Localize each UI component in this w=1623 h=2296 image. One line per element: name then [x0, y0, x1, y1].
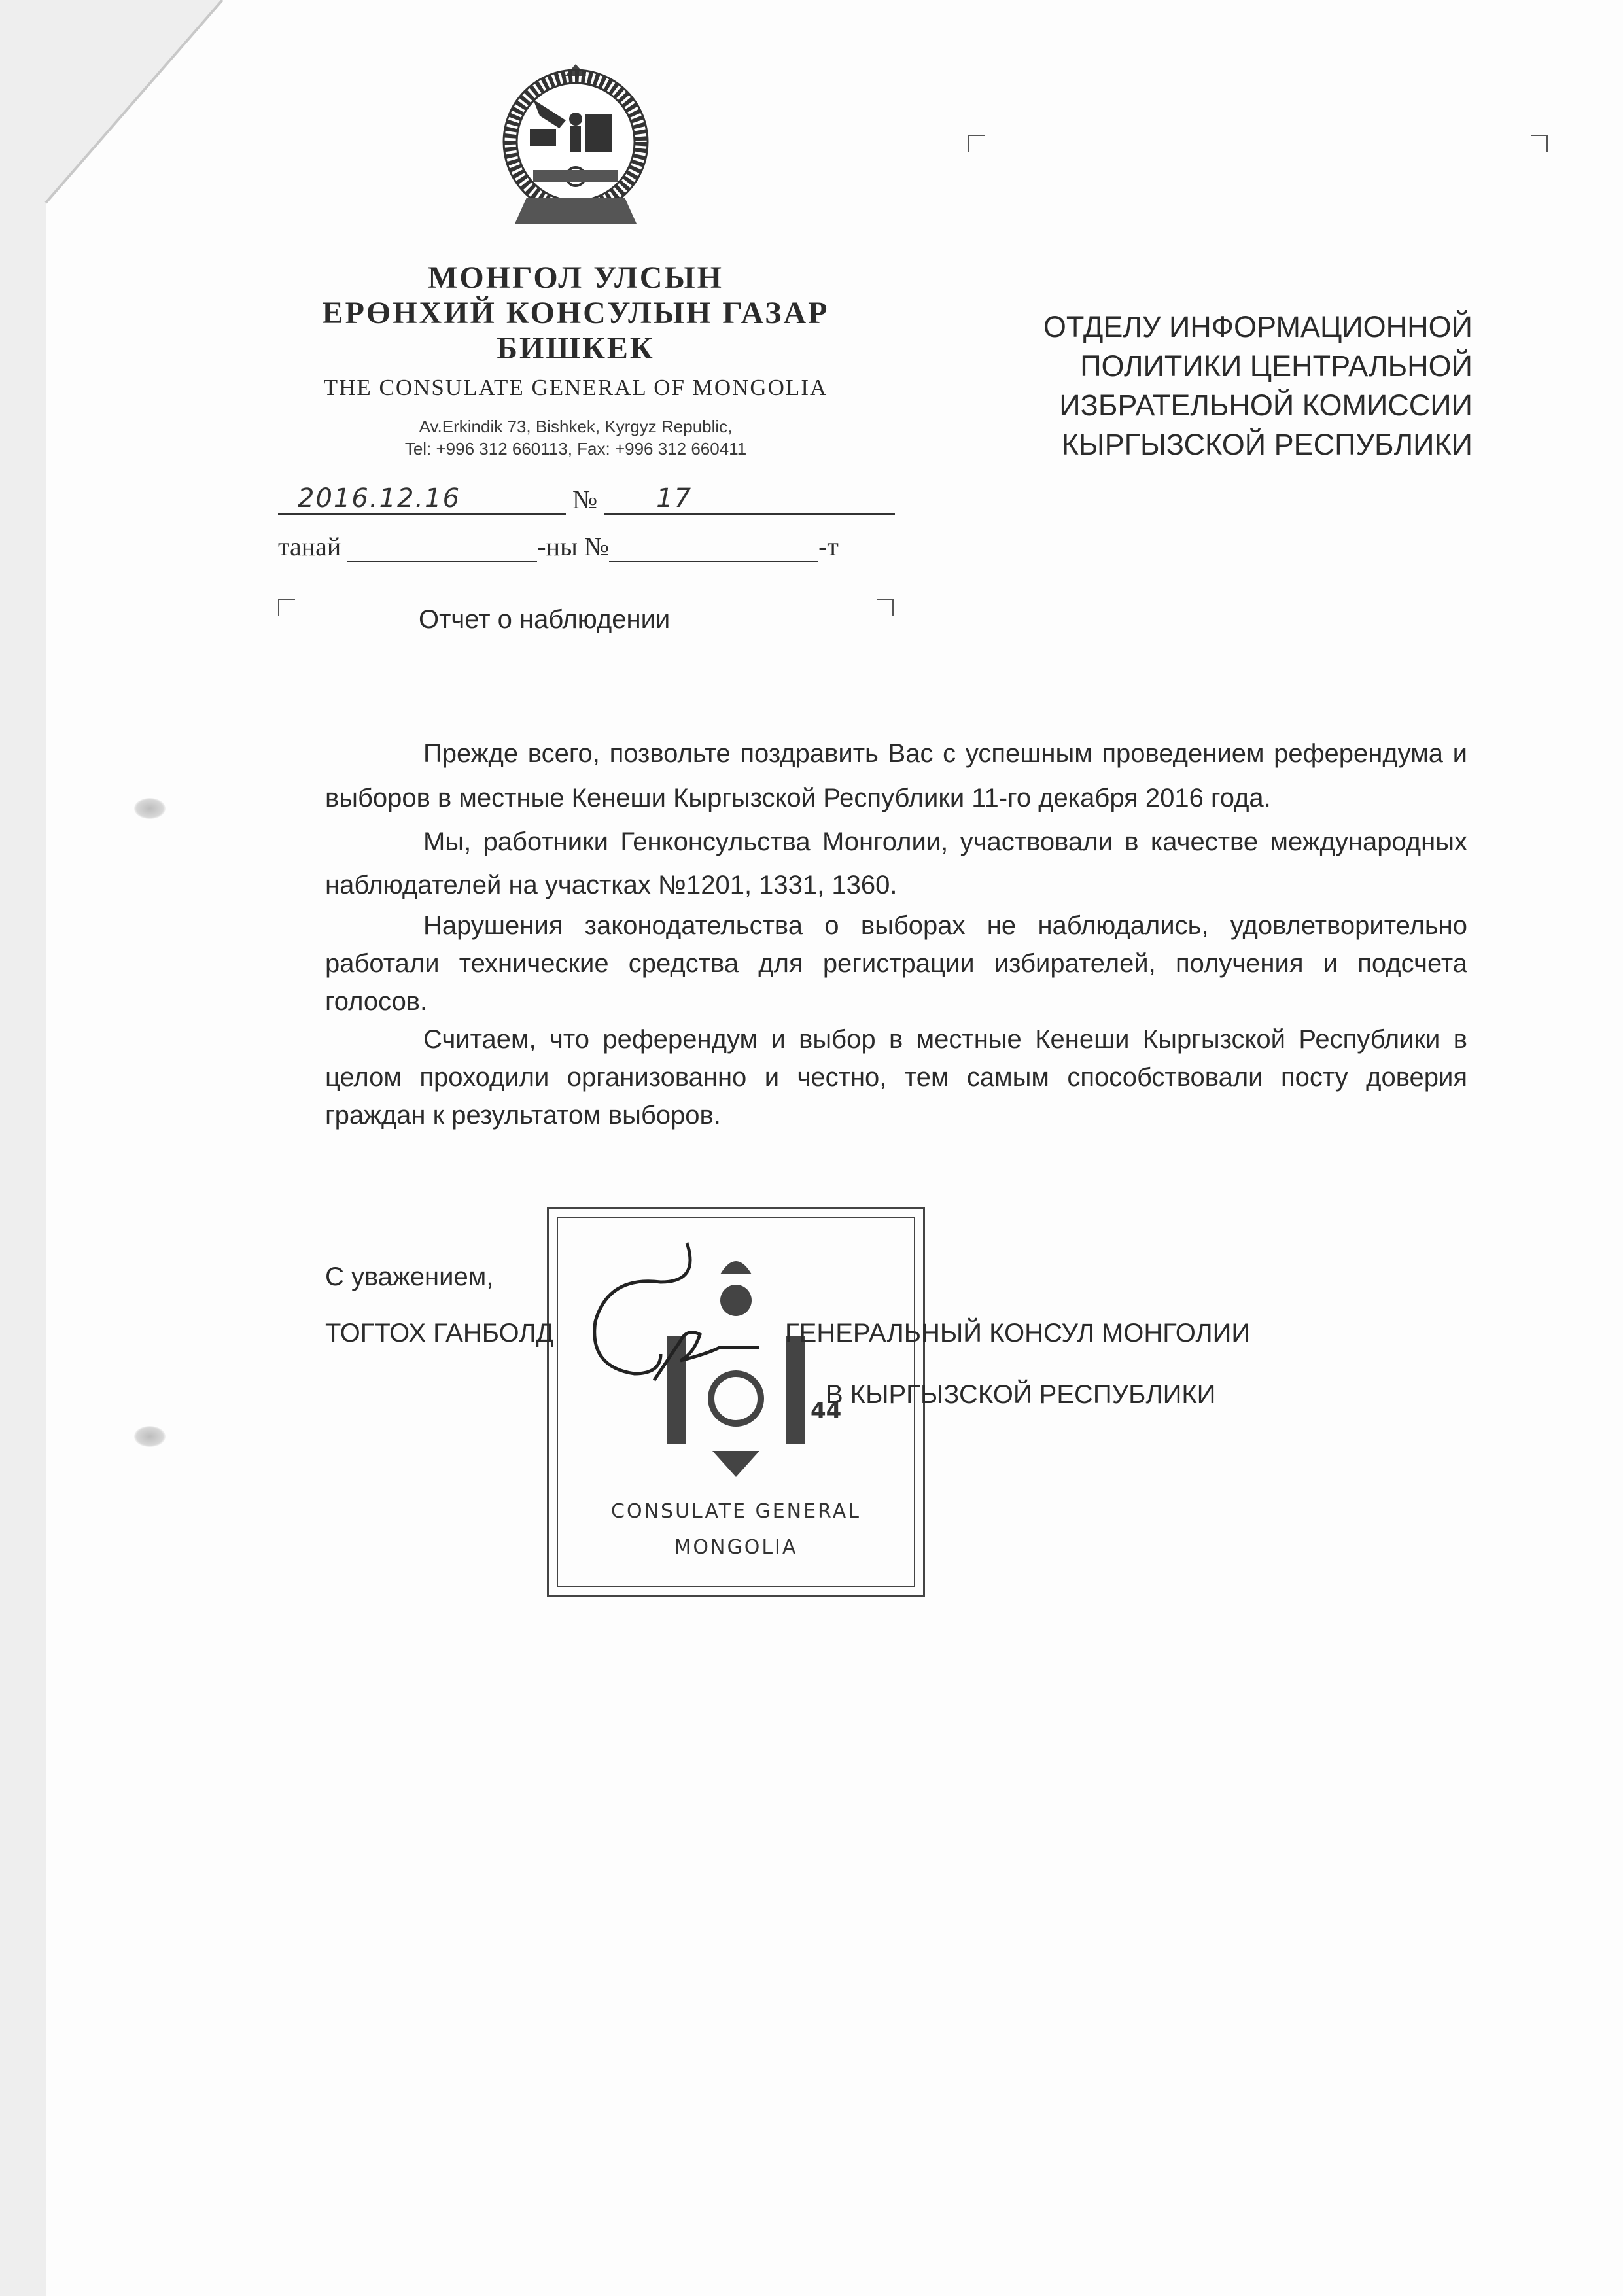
handwritten-number: 17	[604, 483, 692, 513]
reply-date-field	[347, 537, 537, 562]
letterhead-address: Av.Erkindik 73, Bishkek, Kyrgyz Republic…	[275, 416, 877, 437]
punch-hole	[134, 798, 166, 819]
letterhead-title-line-1: МОНГОЛ УЛСЫН	[275, 260, 877, 296]
reply-number-field	[609, 537, 818, 562]
recipient-line-2: ПОЛИТИКИ ЦЕНТРАЛЬНОЙ	[1043, 347, 1473, 386]
corner-mark	[877, 599, 894, 616]
paragraph-congratulations: Прежде всего, позвольте поздравить Вас с…	[325, 731, 1467, 820]
letterhead-city: БИШКЕК	[275, 331, 877, 366]
paragraph-no-violations: Нарушения законодательства о выборах не …	[325, 907, 1467, 1020]
recipient-line-1: ОТДЕЛУ ИНФОРМАЦИОННОЙ	[1043, 307, 1473, 347]
signatory-position-line-2: В КЫРГЫЗСКОЙ РЕСПУБЛИКИ	[826, 1380, 1215, 1410]
state-emblem-icon	[494, 60, 657, 237]
letterhead-contacts: Tel: +996 312 660113, Fax: +996 312 6604…	[275, 438, 877, 459]
reply-reference-line: танай -ны №-т	[278, 531, 839, 562]
corner-mark	[968, 135, 985, 152]
date-field: 2016.12.16	[278, 483, 566, 515]
reply-suffix: -т	[818, 532, 839, 561]
number-label: №	[572, 485, 597, 514]
reply-mid: -ны №	[537, 532, 609, 561]
scan-edge	[0, 0, 14, 2296]
letterhead-english-name: THE CONSULATE GENERAL OF MONGOLIA	[275, 375, 877, 401]
letterhead-title-line-2: ЕРӨНХИЙ КОНСУЛЫН ГАЗАР	[275, 296, 877, 331]
stamp-line-1: CONSULATE GENERAL	[549, 1500, 923, 1523]
closing-salutation: С уважением,	[325, 1262, 493, 1292]
signatory-position-line-1: ГЕНЕРАЛЬНЫЙ КОНСУЛ МОНГОЛИИ	[785, 1319, 1250, 1348]
paragraph-observers: Мы, работники Генконсульства Монголии, у…	[325, 820, 1467, 907]
signatory-name: ТОГТОХ ГАНБОЛД	[325, 1319, 554, 1348]
recipient-line-3: ИЗБРАТЕЛЬНОЙ КОМИССИИ	[1043, 386, 1473, 425]
reply-prefix: танай	[278, 532, 341, 561]
recipient-block: ОТДЕЛУ ИНФОРМАЦИОННОЙ ПОЛИТИКИ ЦЕНТРАЛЬН…	[1043, 307, 1473, 464]
handwritten-date: 2016.12.16	[278, 483, 461, 513]
punch-hole	[134, 1426, 166, 1447]
stamp-line-2: MONGOLIA	[549, 1536, 923, 1559]
handwritten-signature	[576, 1230, 811, 1400]
corner-mark	[278, 599, 295, 616]
corner-mark	[1531, 135, 1548, 152]
recipient-line-4: КЫРГЫЗСКОЙ РЕСПУБЛИКИ	[1043, 425, 1473, 464]
reference-line: 2016.12.16 № 17	[278, 483, 895, 515]
number-field: 17	[604, 483, 895, 515]
paragraph-conclusion: Считаем, что референдум и выбор в местны…	[325, 1020, 1467, 1134]
document-body: Прежде всего, позвольте поздравить Вас с…	[325, 731, 1467, 1134]
document-title: Отчет о наблюдении	[419, 605, 670, 635]
